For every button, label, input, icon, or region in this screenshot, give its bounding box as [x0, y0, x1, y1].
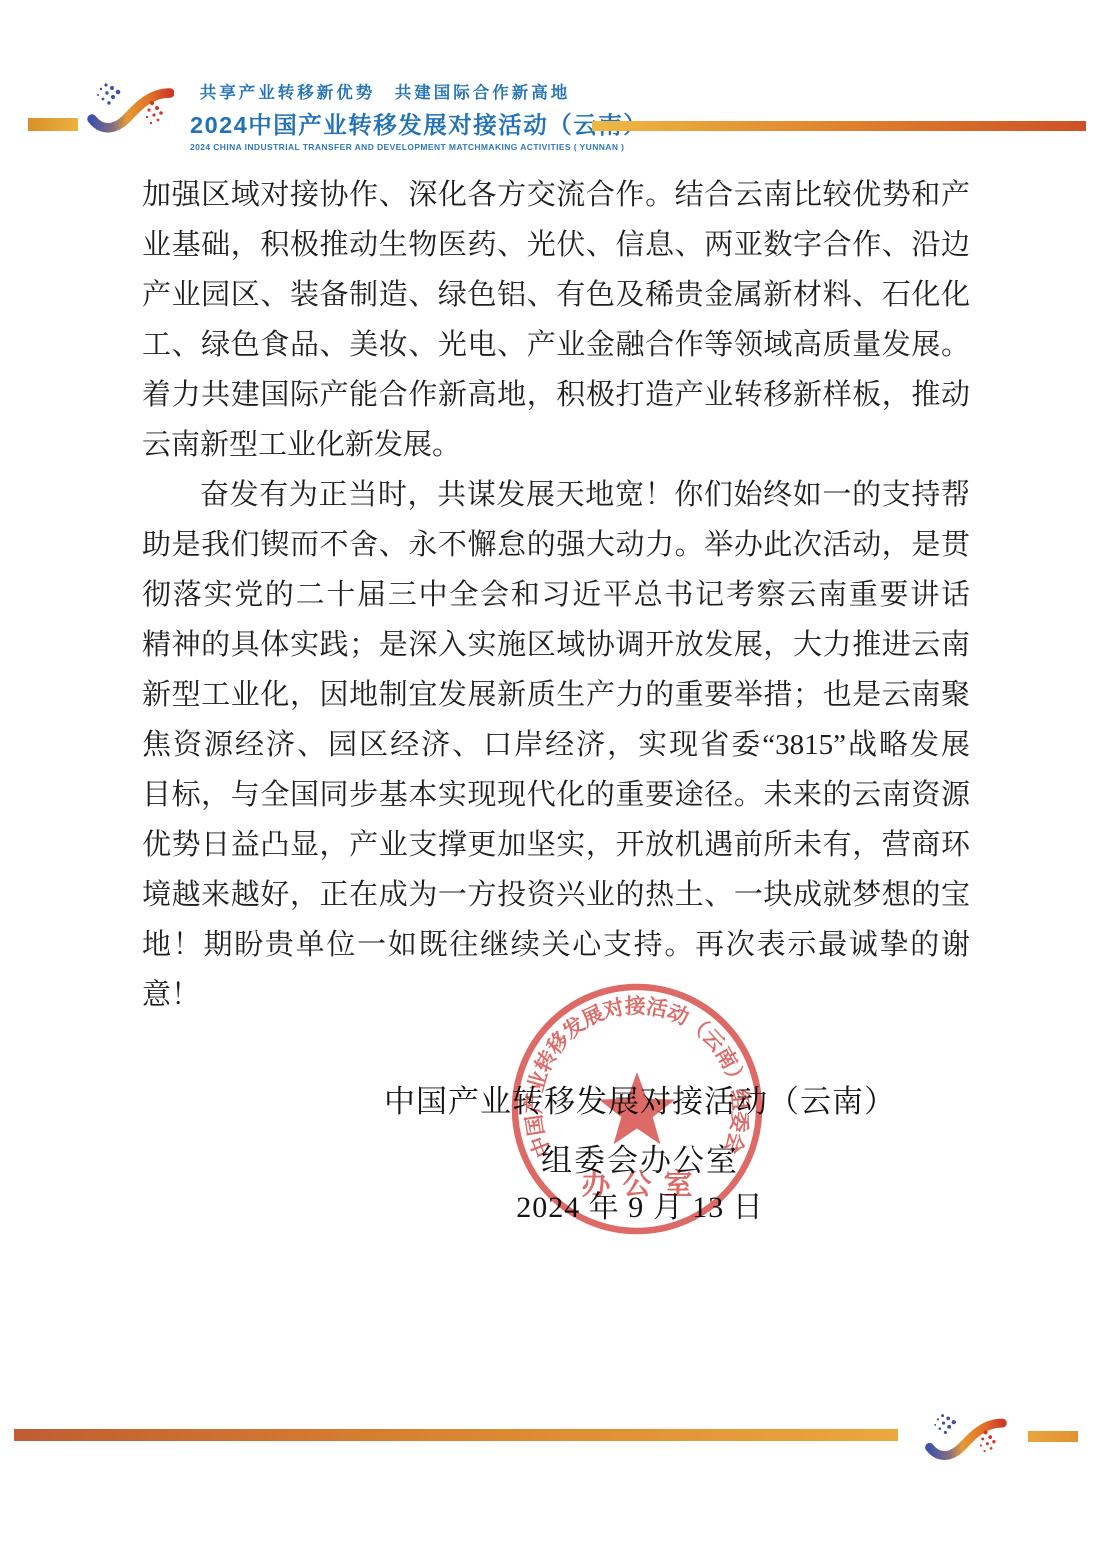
- header-left-accent-bar: [28, 118, 78, 131]
- body-line: 优势日益凸显，产业支撑更加坚实，开放机遇前所未有，营商环: [142, 820, 970, 870]
- body-line: 产业园区、装备制造、绿色铝、有色及稀贵金属新材料、石化化: [142, 270, 970, 320]
- seal-office-text: 办公室: [581, 1168, 704, 1201]
- body-line: 新型工业化，因地制宜发展新质生产力的重要举措；也是云南聚: [142, 670, 970, 720]
- body-line: 彻落实党的二十届三中全会和习近平总书记考察云南重要讲话: [142, 570, 970, 620]
- document-page: 共享产业转移新优势 共建国际合作新高地 2024中国产业转移发展对接活动（云南）…: [0, 0, 1102, 1557]
- paragraph: 奋发有为正当时，共谋发展天地宽！你们始终如一的支持帮助是我们锲而不舍、永不懈怠的…: [142, 470, 970, 970]
- header-text-block: 共享产业转移新优势 共建国际合作新高地 2024中国产业转移发展对接活动（云南）…: [190, 79, 580, 152]
- body-line: 地！期盼贵单位一如既往继续关心支持。再次表示最诚挚的谢意！: [142, 920, 970, 970]
- body-line: 奋发有为正当时，共谋发展天地宽！你们始终如一的支持帮: [142, 470, 970, 520]
- body-line: 目标，与全国同步基本实现现代化的重要途径。未来的云南资源: [142, 770, 970, 820]
- official-seal: 中国产业转移发展对接活动（云南）组委会 办公室: [506, 978, 768, 1240]
- body-line: 业基础，积极推动生物医药、光伏、信息、两亚数字合作、沿边: [142, 220, 970, 270]
- footer-accent-bar: [14, 1429, 898, 1441]
- header-right-accent-bar: [592, 121, 1086, 131]
- brand-swoosh-icon: [86, 78, 174, 140]
- body-line: 云南新型工业化新发展。: [142, 420, 970, 470]
- footer-swoosh-icon: [922, 1410, 1008, 1466]
- header-tagline: 共享产业转移新优势 共建国际合作新高地: [190, 79, 580, 103]
- page-title: 2024中国产业转移发展对接活动（云南）: [190, 106, 580, 140]
- paragraph: 加强区域对接协作、深化各方交流合作。结合云南比较优势和产业基础，积极推动生物医药…: [142, 170, 970, 470]
- body-text: 加强区域对接协作、深化各方交流合作。结合云南比较优势和产业基础，积极推动生物医药…: [142, 170, 970, 970]
- body-line: 工、绿色食品、美妆、光电、产业金融合作等领域高质量发展。: [142, 320, 970, 370]
- body-line: 着力共建国际产能合作新高地，积极打造产业转移新样板，推动: [142, 370, 970, 420]
- body-line: 焦资源经济、园区经济、口岸经济，实现省委“3815”战略发展: [142, 720, 970, 770]
- footer-small-accent-bar: [1028, 1431, 1078, 1442]
- body-line: 加强区域对接协作、深化各方交流合作。结合云南比较优势和产: [142, 170, 970, 220]
- header-subtitle-english: 2024 CHINA INDUSTRIAL TRANSFER AND DEVEL…: [190, 142, 580, 152]
- seal-star-icon: [599, 1072, 675, 1144]
- body-line: 精神的具体实践；是深入实施区域协调开放发展，大力推进云南: [142, 620, 970, 670]
- body-line: 境越来越好，正在成为一方投资兴业的热土、一块成就梦想的宝: [142, 870, 970, 920]
- body-line: 助是我们锲而不舍、永不懈怠的强大动力。举办此次活动，是贯: [142, 520, 970, 570]
